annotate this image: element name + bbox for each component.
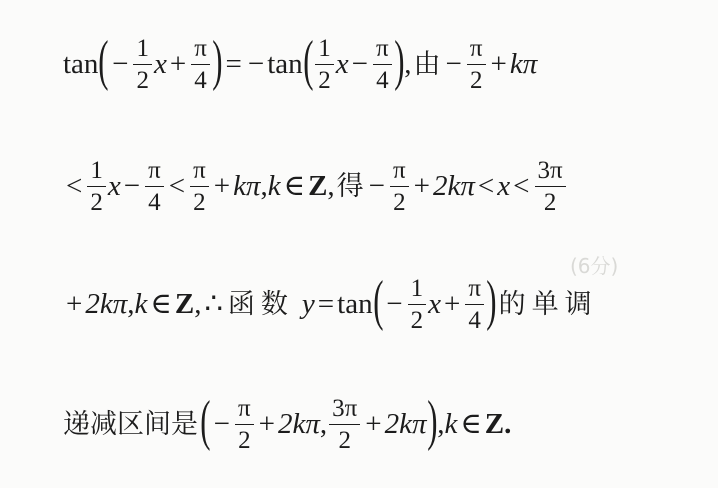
variable-y: y <box>302 290 315 319</box>
element-of-symbol: ∈ <box>460 410 481 439</box>
comma: , <box>404 50 411 79</box>
fraction-pi-over-4: π 4 <box>191 36 210 93</box>
fraction-3pi-over-2: 3π 2 <box>535 158 566 215</box>
right-paren: ) <box>394 33 404 89</box>
fraction-3pi-over-2: 3π 2 <box>329 396 360 453</box>
left-paren: ( <box>373 273 383 329</box>
equals-sign: = <box>318 290 334 319</box>
period: . <box>504 410 511 439</box>
left-paren: ( <box>200 393 210 449</box>
plus-sign: + <box>170 50 186 79</box>
equals-sign: = <box>225 50 241 79</box>
minus-sign: − <box>446 50 462 79</box>
variable-x: x <box>497 172 510 201</box>
fraction-pi-over-4: π 4 <box>465 276 484 333</box>
comma: , <box>437 410 444 439</box>
element-of-symbol: ∈ <box>150 290 171 319</box>
left-paren: ( <box>99 33 109 89</box>
less-than-sign: < <box>478 172 494 201</box>
fraction-one-half: 1 2 <box>87 158 106 215</box>
chinese-text-you: 由 <box>414 51 441 78</box>
variable-x: x <box>428 290 441 319</box>
minus-sign: − <box>112 50 128 79</box>
math-line-3: + 2kπ , k ∈ Z , ∴ 函数 y = tan ( − 1 2 x +… <box>63 264 600 344</box>
minus-sign: − <box>248 50 264 79</box>
two-k-pi-term: 2kπ <box>278 410 320 439</box>
variable-k: k <box>444 410 457 439</box>
fraction-pi-over-2: π 2 <box>235 396 254 453</box>
two-k-pi-term: 2kπ <box>85 290 127 319</box>
integers-symbol: Z <box>485 410 504 439</box>
chinese-text-hanshu: 函数 <box>228 291 294 318</box>
plus-sign: + <box>444 290 460 319</box>
math-line-2: < 1 2 x − π 4 < π 2 + kπ , k ∈ Z , 得 − π… <box>63 146 568 226</box>
tan-function: tan <box>337 290 372 319</box>
right-paren: ) <box>427 393 437 449</box>
less-than-sign: < <box>169 172 185 201</box>
tan-function: tan <box>63 50 98 79</box>
integers-symbol: Z <box>308 172 327 201</box>
document-page: (6分) tan ( − 1 2 x + π 4 ) = − tan ( 1 2… <box>0 0 718 488</box>
comma: , <box>194 290 201 319</box>
comma: , <box>320 410 327 439</box>
plus-sign: + <box>414 172 430 201</box>
fraction-one-half: 1 2 <box>315 36 334 93</box>
plus-sign: + <box>259 410 275 439</box>
chinese-text-de: 得 <box>337 173 364 200</box>
therefore-symbol: ∴ <box>204 290 222 319</box>
element-of-symbol: ∈ <box>284 172 305 201</box>
minus-sign: − <box>352 50 368 79</box>
variable-k: k <box>135 290 148 319</box>
right-paren: ) <box>212 33 222 89</box>
fraction-one-half: 1 2 <box>133 36 152 93</box>
two-k-pi-term: 2kπ <box>385 410 427 439</box>
fraction-pi-over-4: π 4 <box>145 158 164 215</box>
comma: , <box>127 290 134 319</box>
two-k-pi-term: 2kπ <box>433 172 475 201</box>
plus-sign: + <box>491 50 507 79</box>
variable-x: x <box>154 50 167 79</box>
chinese-text-dijian-qujian-shi: 递减区间是 <box>63 411 198 438</box>
k-pi-term: kπ <box>510 50 537 79</box>
plus-sign: + <box>365 410 381 439</box>
left-paren: ( <box>303 33 313 89</box>
fraction-pi-over-2: π 2 <box>390 158 409 215</box>
less-than-sign: < <box>66 172 82 201</box>
minus-sign: − <box>369 172 385 201</box>
chinese-text-de-dandiao: 的单调 <box>499 291 598 318</box>
plus-sign: + <box>66 290 82 319</box>
integers-symbol: Z <box>175 290 194 319</box>
variable-k: k <box>268 172 281 201</box>
tan-function: tan <box>267 50 302 79</box>
variable-x: x <box>336 50 349 79</box>
less-than-sign: < <box>513 172 529 201</box>
plus-sign: + <box>214 172 230 201</box>
k-pi-term: kπ <box>233 172 260 201</box>
fraction-pi-over-4: π 4 <box>373 36 392 93</box>
minus-sign: − <box>214 410 230 439</box>
fraction-pi-over-2: π 2 <box>467 36 486 93</box>
fraction-one-half: 1 2 <box>408 276 427 333</box>
fraction-pi-over-2: π 2 <box>190 158 209 215</box>
minus-sign: − <box>124 172 140 201</box>
variable-x: x <box>108 172 121 201</box>
comma: , <box>327 172 334 201</box>
minus-sign: − <box>386 290 402 319</box>
comma: , <box>260 172 267 201</box>
math-line-1: tan ( − 1 2 x + π 4 ) = − tan ( 1 2 x − … <box>63 24 537 104</box>
right-paren: ) <box>486 273 496 329</box>
math-line-4: 递减区间是 ( − π 2 + 2kπ , 3π 2 + 2kπ ) , k ∈… <box>63 384 511 464</box>
